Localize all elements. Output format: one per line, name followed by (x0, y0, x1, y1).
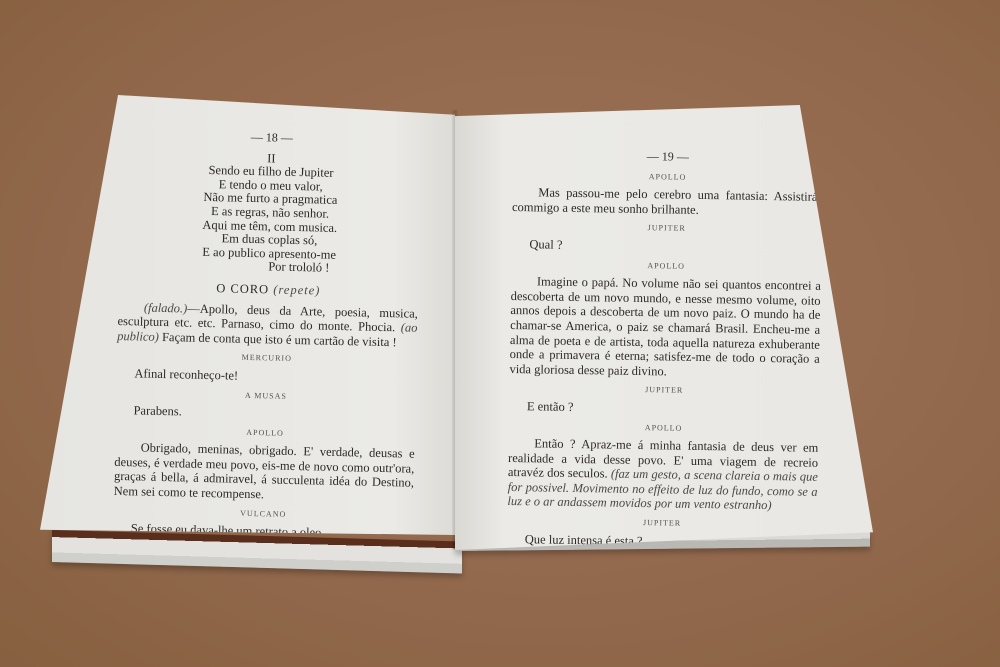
speaker-label: APOLLO (511, 257, 821, 276)
verse: Sendo eu filho de Jupiter E tendo o meu … (119, 162, 421, 278)
page-number: — 19 — (513, 147, 823, 166)
dialogue-line: Obrigado, meninas, obrigado. E' verdade,… (114, 440, 415, 505)
dialogue-line: E' o sol da historia. Tudo clareia, illu… (506, 569, 817, 618)
curtain-label: PANNO (505, 619, 815, 638)
paragraph-text: E' o sol da historia. Tudo clareia, illu… (506, 569, 817, 613)
speaker-label: APOLLO (512, 168, 822, 187)
page-stack-left (52, 530, 462, 573)
right-page: — 19 — APOLLO Mas passou-me pelo cerebro… (455, 105, 873, 550)
dialogue-line: E então ? (509, 399, 819, 418)
speaker-label: JUPITER (509, 381, 819, 400)
dialogue-line: Parabens. (115, 403, 415, 424)
speaker-label: APOLLO (509, 418, 819, 437)
stage-direction: (repete) (273, 282, 320, 297)
dialogue-line: Imagine o papá. No volume não sei quanto… (509, 274, 821, 381)
speaker-label: JUPITER (512, 219, 822, 238)
left-page: — 18 — II Sendo eu filho de Jupiter E te… (40, 95, 455, 535)
left-page-text: — 18 — II Sendo eu filho de Jupiter E te… (112, 127, 422, 594)
spoken-paragraph: (falado.)—Apollo, deus da Arte, poesia, … (117, 299, 418, 350)
dialogue-line: Afinal reconheço-te! (116, 366, 416, 387)
right-page-text: — 19 — APOLLO Mas passou-me pelo cerebro… (505, 147, 823, 638)
coro-label: O CORO (216, 281, 269, 296)
stage-direction: ( todos os personagens voltados ) (573, 599, 741, 616)
dialogue-line: Então ? Apraz-me á minha fantasia de deu… (507, 436, 818, 514)
coro-heading: O CORO (repete) (118, 279, 418, 300)
dialogue-line: Qual ? (511, 237, 821, 256)
speaker-label: APOLLO (506, 551, 816, 570)
page-number: — 18 — (122, 127, 422, 148)
speaker-label: JUPITER (507, 514, 817, 533)
dialogue-line: Mas passou-me pelo cerebro uma fantasia:… (512, 185, 822, 219)
stage-direction: (falado.) (144, 300, 188, 315)
